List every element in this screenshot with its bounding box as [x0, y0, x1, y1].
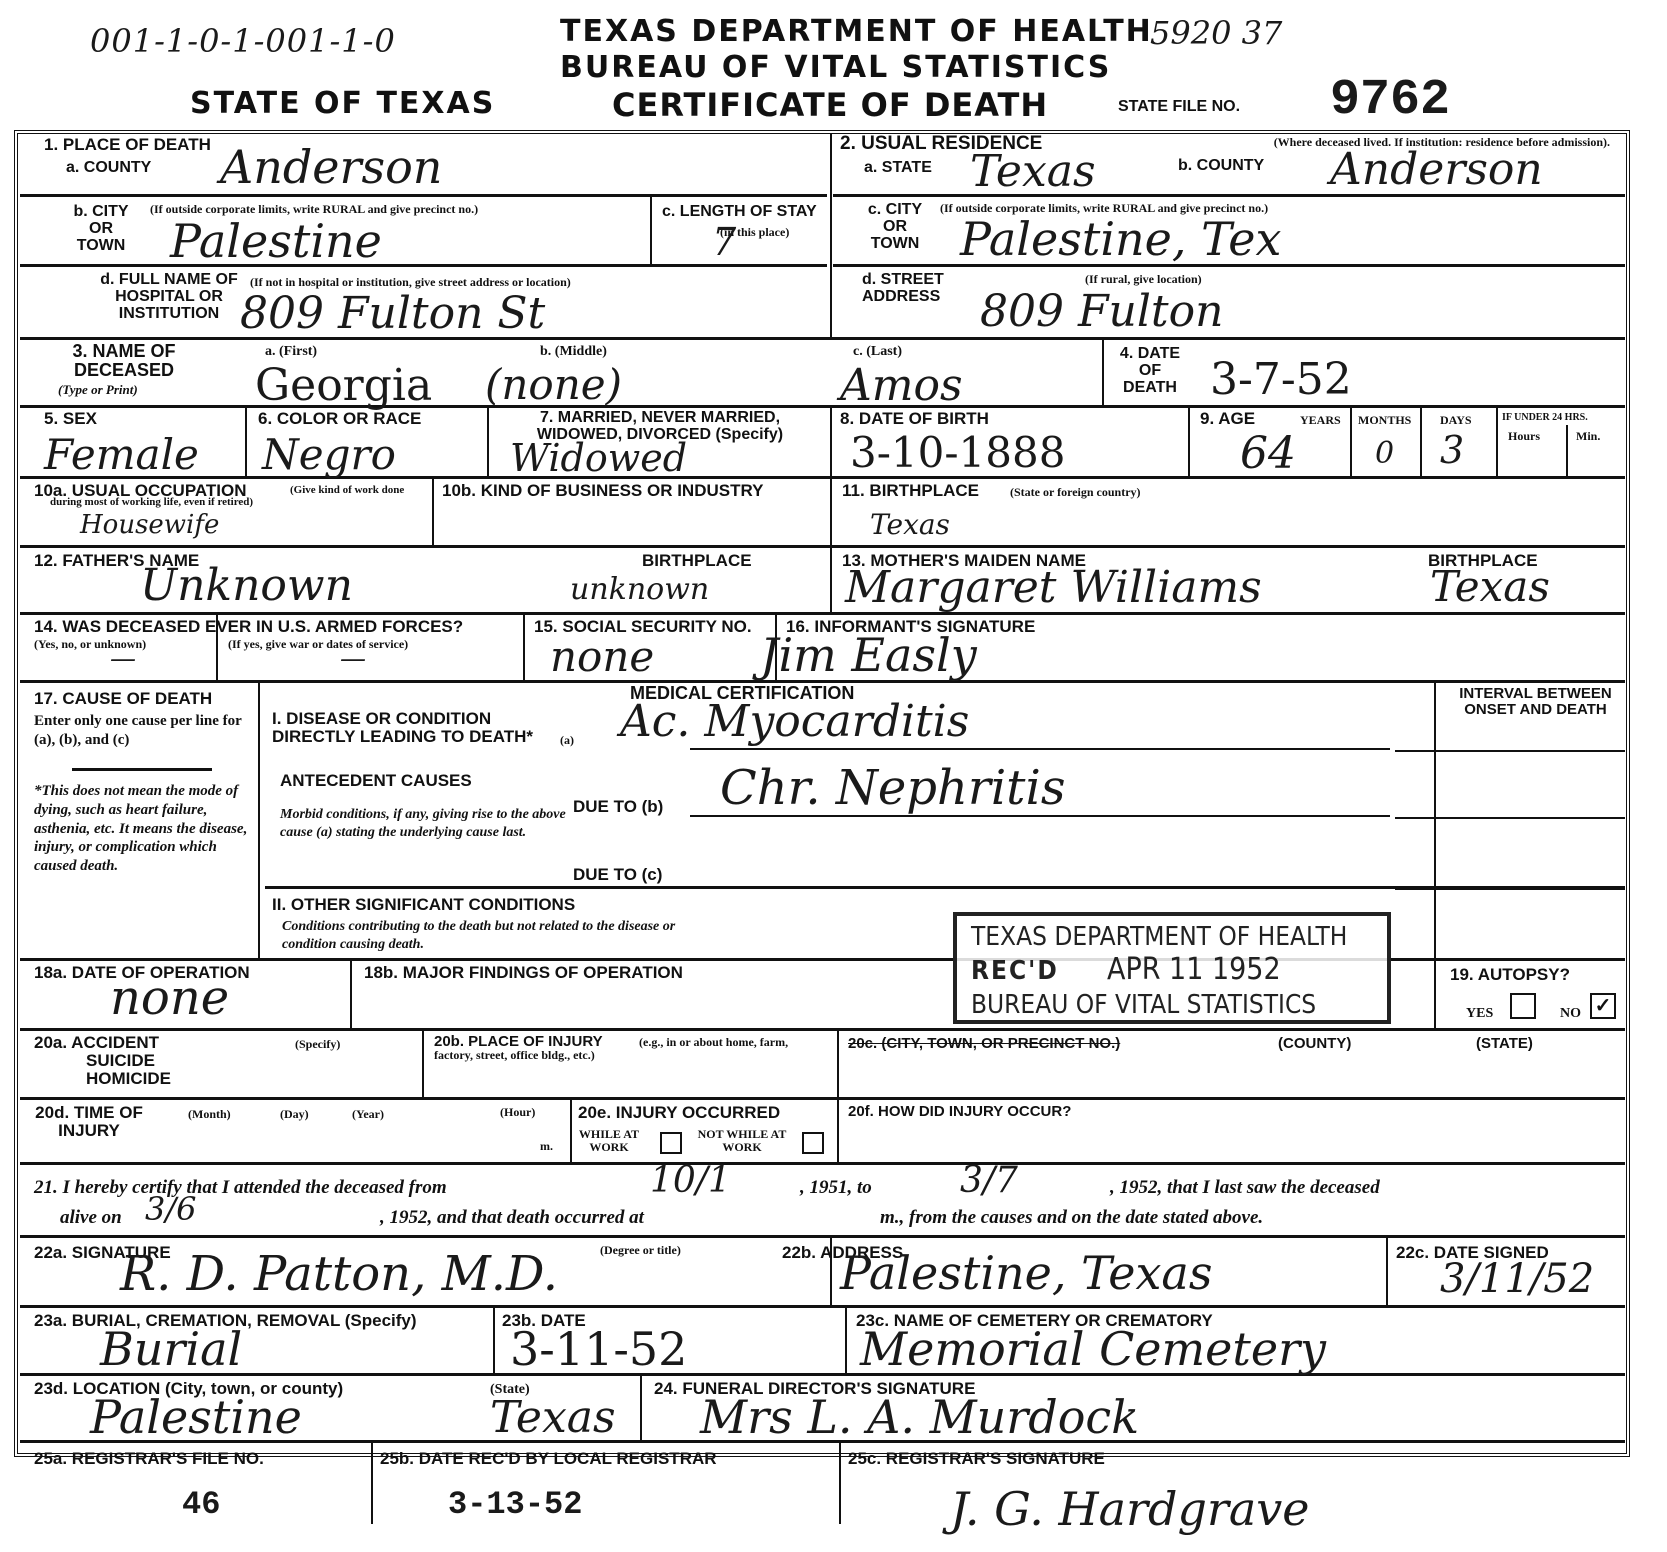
certificate-title: CERTIFICATE OF DEATH [612, 86, 1048, 124]
registrar-file-no[interactable]: 46 [182, 1486, 220, 1523]
am-pm-label: m. [540, 1140, 553, 1153]
cause-footnote: *This does not mean the mode of dying, s… [34, 782, 249, 876]
how-injury-label: 20f. HOW DID INJURY OCCUR? [848, 1104, 1071, 1120]
autopsy-yes-checkbox[interactable] [1510, 993, 1536, 1019]
date-of-operation-value[interactable]: none [110, 970, 229, 1026]
age-months-label: MONTHS [1358, 414, 1411, 427]
check-mark-icon: ✓ [1595, 995, 1612, 1017]
age-years-label: YEARS [1300, 414, 1341, 427]
injury-state-label: (STATE) [1476, 1036, 1533, 1052]
length-of-stay-label: c. LENGTH OF STAY [662, 204, 822, 221]
res-state-label: a. STATE [864, 160, 932, 177]
certify-line-1a: 21. I hereby certify that I attended the… [34, 1176, 447, 1200]
department-title: TEXAS DEPARTMENT OF HEALTH [560, 14, 1153, 49]
autopsy-no-label: NO [1560, 1006, 1581, 1021]
antecedent-note: Morbid conditions, if any, giving rise t… [280, 806, 570, 841]
first-name-label: a. (First) [265, 344, 317, 359]
death-city-value[interactable]: Palestine [170, 214, 382, 268]
autopsy-label: 19. AUTOPSY? [1450, 966, 1570, 984]
res-street-value[interactable]: 809 Fulton [980, 286, 1223, 337]
under-24-label: IF UNDER 24 HRS. [1502, 412, 1588, 423]
injury-county-label: (COUNTY) [1278, 1036, 1351, 1052]
age-months-value[interactable]: 0 [1375, 436, 1394, 471]
hospital-value[interactable]: 809 Fulton St [240, 288, 545, 339]
res-county-value[interactable]: Anderson [1330, 144, 1543, 195]
last-seen-value[interactable]: 3/6 [145, 1190, 197, 1228]
armed-forces-value[interactable]: — [110, 644, 136, 674]
armed-forces-note-dates: (If yes, give war or dates of service) [228, 638, 408, 651]
res-street-label: d. STREET ADDRESS [862, 272, 972, 306]
place-of-death-label: 1. PLACE OF DEATH [44, 136, 211, 154]
length-of-stay-value[interactable]: 7 [712, 220, 736, 264]
date-received-value[interactable]: 3-13-52 [448, 1486, 582, 1523]
first-name-value[interactable]: Georgia [255, 360, 432, 411]
not-at-work-label: NOT WHILE AT WORK [692, 1128, 792, 1154]
injury-type-label-2: SUICIDE [86, 1052, 155, 1070]
degree-title-label: (Degree or title) [600, 1244, 681, 1257]
certify-line-2a: alive on [60, 1206, 122, 1230]
mother-name-value[interactable]: Margaret Williams [845, 562, 1262, 613]
death-county-label: a. COUNTY [66, 160, 151, 177]
date-of-death-label: 4. DATE OF DEATH [1110, 346, 1190, 396]
mother-birthplace-value[interactable]: Texas [1430, 562, 1550, 611]
hospital-label: d. FULL NAME OF HOSPITAL OR INSTITUTION [94, 272, 244, 322]
res-street-note: (If rural, give location) [1085, 273, 1202, 286]
handwritten-code-left: 001-1-0-1-001-1-0 [90, 22, 396, 60]
funeral-director-signature[interactable]: Mrs L. A. Murdock [700, 1390, 1139, 1444]
not-at-work-checkbox[interactable] [802, 1132, 824, 1154]
certify-line-2b: , 1952, and that death occurred at [380, 1206, 644, 1230]
age-years-value[interactable]: 64 [1240, 428, 1296, 479]
registrar-signature[interactable]: J. G. Hardgrave [950, 1482, 1310, 1536]
race-label: 6. COLOR OR RACE [258, 410, 421, 428]
while-at-work-checkbox[interactable] [660, 1132, 682, 1154]
attended-to-value[interactable]: 3/7 [960, 1160, 1018, 1201]
age-label: 9. AGE [1200, 410, 1255, 428]
ssn-value[interactable]: none [550, 632, 654, 681]
burial-state-value[interactable]: Texas [490, 1392, 616, 1443]
certify-line-1c: , 1952, that I last saw the deceased [1110, 1176, 1380, 1200]
marital-status-value[interactable]: Widowed [510, 436, 687, 480]
disease-condition-label: I. DISEASE OR CONDITION DIRECTLY LEADING… [272, 710, 562, 746]
place-of-injury-note: (e.g., in or about home, farm, factory, … [434, 1036, 824, 1062]
due-to-b-label: DUE TO (b) [573, 798, 663, 816]
interval-label: INTERVAL BETWEEN ONSET AND DEATH [1448, 686, 1623, 718]
date-of-birth-label: 8. DATE OF BIRTH [840, 410, 989, 428]
day-label: (Day) [280, 1108, 309, 1121]
cause-b-value[interactable]: Chr. Nephritis [720, 760, 1065, 816]
business-label: 10b. KIND OF BUSINESS OR INDUSTRY [442, 482, 763, 500]
last-name-label: c. (Last) [853, 344, 902, 359]
name-of-deceased-label: 3. NAME OF DECEASED [44, 342, 204, 380]
year-label: (Year) [352, 1108, 384, 1121]
certify-line-2c: m., from the causes and on the date stat… [880, 1206, 1263, 1230]
race-value[interactable]: Negro [262, 430, 396, 479]
occupation-note: (Give kind of work done during most of w… [50, 484, 430, 508]
name-type-note: (Type or Print) [58, 382, 138, 398]
received-stamp: TEXAS DEPARTMENT OF HEALTH REC'D APR 11 … [953, 912, 1391, 1024]
burial-date-value[interactable]: 3-11-52 [510, 1322, 687, 1376]
registrar-file-label: 25a. REGISTRAR'S FILE NO. [34, 1450, 264, 1468]
while-at-work-label: WHILE AT WORK [578, 1128, 640, 1154]
middle-name-value[interactable]: (none) [485, 360, 622, 409]
date-of-birth-value[interactable]: 3-10-1888 [850, 428, 1065, 477]
res-city-value[interactable]: Palestine, Tex [960, 212, 1281, 266]
stamp-line-3: BUREAU OF VITAL STATISTICS [971, 990, 1316, 1020]
father-birthplace-value[interactable]: unknown [570, 572, 709, 607]
major-findings-label: 18b. MAJOR FINDINGS OF OPERATION [364, 964, 683, 982]
res-state-value[interactable]: Texas [970, 146, 1096, 197]
death-county-value[interactable]: Anderson [220, 140, 442, 194]
other-conditions-note: Conditions contributing to the death but… [282, 918, 712, 953]
physician-signature[interactable]: R. D. Patton, M.D. [120, 1246, 558, 1302]
injury-type-label-1: 20a. ACCIDENT [34, 1034, 159, 1052]
last-name-value[interactable]: Amos [840, 360, 963, 411]
death-city-label: b. CITY OR TOWN [66, 204, 136, 254]
stamp-line-2-prefix: REC'D [971, 956, 1059, 986]
cause-a-value[interactable]: Ac. Myocarditis [620, 696, 969, 747]
stamp-line-1: TEXAS DEPARTMENT OF HEALTH [971, 922, 1347, 952]
date-received-label: 25b. DATE REC'D BY LOCAL REGISTRAR [380, 1450, 717, 1468]
cemetery-value[interactable]: Memorial Cemetery [860, 1322, 1326, 1376]
middle-name-label: b. (Middle) [540, 344, 607, 359]
injury-occurred-label: 20e. INJURY OCCURRED [578, 1104, 780, 1122]
state-file-label: STATE FILE NO. [1118, 99, 1240, 116]
birthplace-note: (State or foreign country) [1010, 486, 1141, 499]
autopsy-no-checkbox[interactable]: ✓ [1590, 993, 1616, 1019]
state-file-number: 9762 [1330, 72, 1450, 129]
certify-line-1b: , 1951, to [800, 1176, 872, 1200]
state-title: STATE OF TEXAS [190, 86, 495, 121]
injury-specify-note: (Specify) [295, 1038, 340, 1051]
due-to-c-text: DUE TO (c) [573, 866, 662, 884]
hours-label: Hours [1508, 430, 1540, 443]
hour-label: (Hour) [500, 1106, 535, 1119]
father-name-value[interactable]: Unknown [140, 560, 353, 611]
stamp-received-date: APR 11 1952 [1107, 952, 1281, 987]
occupation-value[interactable]: Housewife [80, 510, 219, 540]
burial-type-value[interactable]: Burial [100, 1322, 242, 1376]
age-days-label: DAYS [1440, 414, 1472, 427]
month-label: (Month) [188, 1108, 231, 1121]
informant-signature[interactable]: Jim Easly [760, 628, 977, 682]
res-city-label: c. CITY OR TOWN [860, 202, 930, 252]
time-of-injury-label: 20d. TIME OF INJURY [34, 1104, 144, 1140]
cause-a-marker: (a) [560, 734, 574, 747]
father-birthplace-label: BIRTHPLACE [642, 552, 752, 570]
armed-forces-dates-value[interactable]: — [340, 644, 366, 674]
sex-label: 5. SEX [44, 410, 97, 428]
birthplace-label: 11. BIRTHPLACE [842, 482, 979, 500]
burial-location-value[interactable]: Palestine [90, 1390, 302, 1444]
antecedent-causes-label: ANTECEDENT CAUSES [280, 772, 472, 790]
injury-type-label-3: HOMICIDE [86, 1070, 171, 1088]
bureau-title: BUREAU OF VITAL STATISTICS [560, 50, 1111, 85]
sex-value[interactable]: Female [44, 430, 199, 479]
handwritten-code-right: 5920 37 [1150, 14, 1282, 52]
date-signed-value[interactable]: 3/11/52 [1440, 1256, 1594, 1302]
age-days-value[interactable]: 3 [1440, 428, 1464, 472]
cause-instruction: Enter only one cause per line for (a), (… [34, 712, 249, 750]
res-county-label: b. COUNTY [1178, 158, 1264, 175]
minutes-label: Min. [1576, 430, 1600, 443]
autopsy-yes-label: YES [1466, 1006, 1493, 1021]
birthplace-value[interactable]: Texas [870, 508, 950, 541]
other-conditions-label: II. OTHER SIGNIFICANT CONDITIONS [272, 896, 575, 914]
injury-location-label: 20c. (CITY, TOWN, OR PRECINCT NO.) [848, 1036, 1120, 1052]
attended-from-value[interactable]: 10/1 [650, 1160, 731, 1201]
physician-address[interactable]: Palestine, Texas [840, 1246, 1212, 1300]
armed-forces-label: 14. WAS DECEASED EVER IN U.S. ARMED FORC… [34, 618, 463, 636]
cause-of-death-label: 17. CAUSE OF DEATH [34, 690, 212, 708]
date-of-death-value[interactable]: 3-7-52 [1210, 354, 1352, 405]
registrar-signature-label: 25c. REGISTRAR'S SIGNATURE [848, 1450, 1105, 1468]
